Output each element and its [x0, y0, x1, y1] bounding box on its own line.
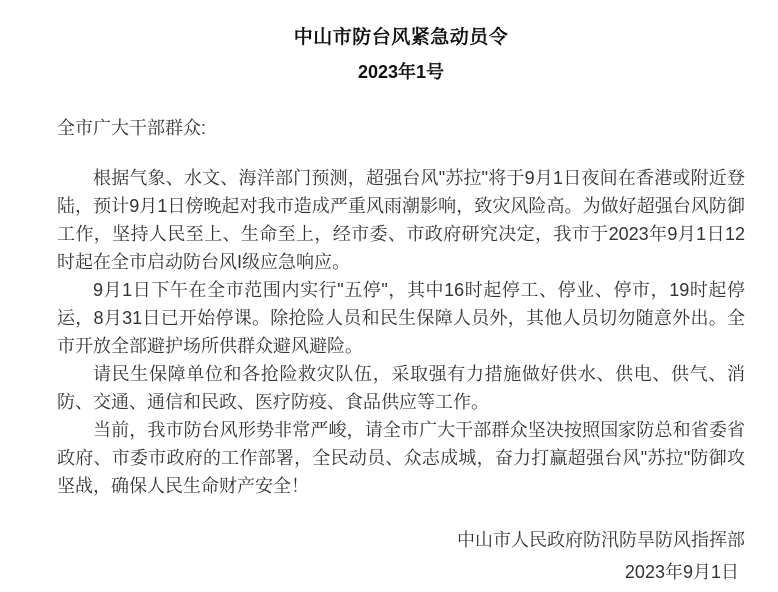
- salutation: 全市广大干部群众:: [57, 118, 745, 138]
- signature-issuer: 中山市人民政府防汛防旱防风指挥部: [57, 526, 745, 554]
- paragraph-services: 请民生保障单位和各抢险救灾队伍，采取强有力措施做好供水、供电、供气、消防、交通、…: [57, 360, 745, 416]
- document-page: 中山市防台风紧急动员令 2023年1号 全市广大干部群众: 根据气象、水文、海洋…: [0, 0, 778, 592]
- document-body: 根据气象、水文、海洋部门预测，超强台风"苏拉"将于9月1日夜间在香港或附近登陆，…: [57, 164, 745, 500]
- paragraph-five-stops: 9月1日下午在全市范围内实行"五停"，其中16时起停工、停业、停市，19时起停运…: [57, 276, 745, 360]
- document-number: 2023年1号: [57, 62, 745, 82]
- signature-date: 2023年9月1日: [57, 558, 745, 586]
- paragraph-mobilization: 当前，我市防台风形势非常严峻，请全市广大干部群众坚决按照国家防总和省委省政府、市…: [57, 416, 745, 500]
- paragraph-forecast: 根据气象、水文、海洋部门预测，超强台风"苏拉"将于9月1日夜间在香港或附近登陆，…: [57, 164, 745, 276]
- document-title: 中山市防台风紧急动员令: [57, 28, 745, 48]
